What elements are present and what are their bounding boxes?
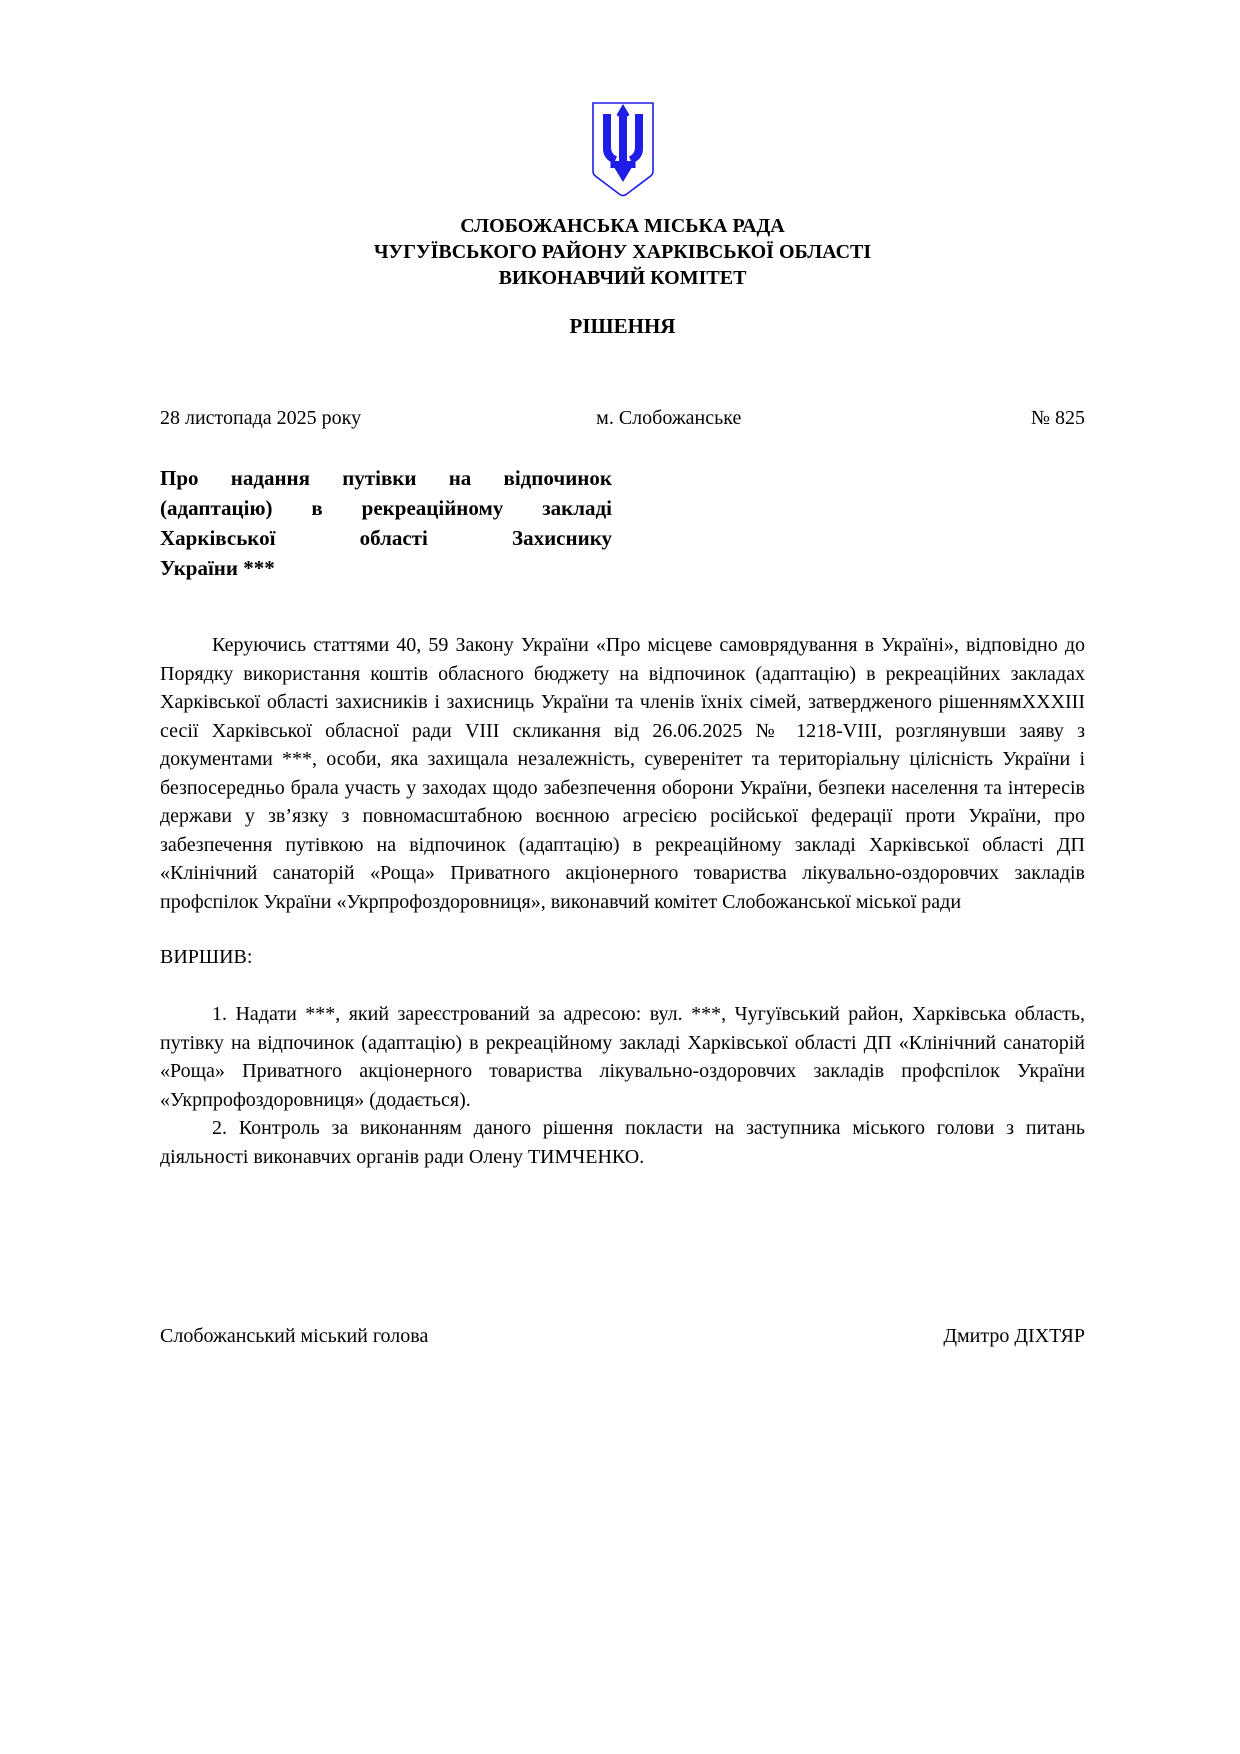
org-name-line2: ЧУГУЇВСЬКОГО РАЙОНУ ХАРКІВСЬКОЇ ОБЛАСТІ — [160, 239, 1085, 265]
document-number: № 825 — [826, 405, 1085, 431]
coat-of-arms — [160, 100, 1085, 205]
organization-header: СЛОБОЖАНСЬКА МІСЬКА РАДА ЧУГУЇВСЬКОГО РА… — [160, 213, 1085, 291]
document-meta-row: 28 листопада 2025 року м. Слобожанське №… — [160, 405, 1085, 431]
subject-line: України *** — [160, 553, 612, 583]
signature-row: Слобожанський міський голова Дмитро ДІХТ… — [160, 1323, 1085, 1349]
document-date: 28 листопада 2025 року — [160, 405, 512, 431]
subject-line: Харківської області Захиснику — [160, 523, 612, 553]
signatory-name: Дмитро ДІХТЯР — [943, 1323, 1085, 1349]
org-name-line1: СЛОБОЖАНСЬКА МІСЬКА РАДА — [160, 213, 1085, 239]
preamble-paragraph: Керуючись статтями 40, 59 Закону України… — [160, 631, 1085, 916]
subject-line: Про надання путівки на відпочинок — [160, 463, 612, 493]
document-type-heading: РІШЕННЯ — [160, 313, 1085, 339]
ukraine-trident-icon — [589, 100, 657, 200]
decision-item-1: 1. Надати ***, який зареєстрований за ад… — [160, 1000, 1085, 1114]
subject-line: (адаптацію) в рекреаційному закладі — [160, 493, 612, 523]
signatory-title: Слобожанський міський голова — [160, 1323, 428, 1349]
decision-item-2: 2. Контроль за виконанням даного рішення… — [160, 1114, 1085, 1171]
org-name-line3: ВИКОНАВЧИЙ КОМІТЕТ — [160, 265, 1085, 291]
resolved-heading: ВИРШИВ: — [160, 944, 1085, 970]
document-place: м. Слобожанське — [512, 405, 827, 431]
subject-block: Про надання путівки на відпочинок (адапт… — [160, 463, 612, 583]
decision-document-page: СЛОБОЖАНСЬКА МІСЬКА РАДА ЧУГУЇВСЬКОГО РА… — [0, 0, 1240, 1754]
